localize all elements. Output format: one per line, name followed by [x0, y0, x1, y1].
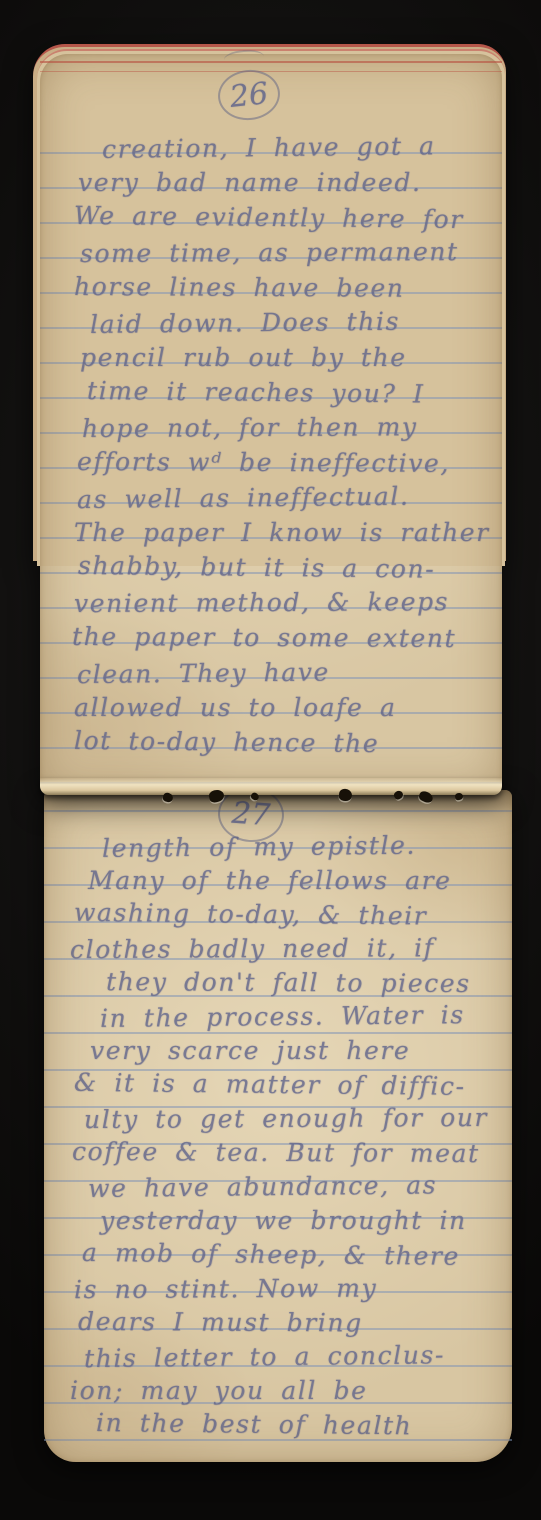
page-bottom-curl-edge: [40, 778, 502, 795]
handwriting-line: dears I must bring: [58, 1305, 508, 1341]
handwriting-line: Many of the fellows are: [58, 864, 508, 898]
handwriting-line: creation, I have got a: [54, 128, 498, 168]
handwriting-line: yesterday we brought in: [58, 1204, 508, 1238]
diary-page-27: 27 length of my epistle.Many of the fell…: [44, 790, 512, 1462]
handwriting-line: hope not, for then my: [54, 409, 498, 446]
handwriting-line: laid down. Does this: [54, 303, 498, 343]
handwriting-line: horse lines have been: [54, 269, 498, 306]
handwriting-line: & it is a matter of diffic-: [58, 1066, 508, 1105]
handwriting-line: we have abundance, as: [58, 1168, 508, 1207]
handwriting-line: some time, as permanent: [54, 234, 498, 271]
handwriting-line: allowed us to loafe a: [54, 690, 498, 725]
diary-photo: 26 creation, I have got avery bad name i…: [0, 0, 541, 1520]
handwriting-line: pencil rub out by the: [54, 340, 498, 375]
handwriting-line: very scarce just here: [58, 1034, 508, 1068]
handwriting-line: time it reaches you? I: [54, 373, 498, 413]
handwriting-line: this letter to a conclus-: [58, 1338, 508, 1377]
handwriting-line: in the process. Water is: [58, 998, 508, 1037]
red-margin-rules: [40, 61, 502, 72]
handwriting-line: a mob of sheep, & there: [58, 1236, 508, 1275]
handwriting-line: We are evidently here for: [54, 198, 498, 238]
handwriting-line: length of my epistle.: [58, 828, 508, 867]
handwriting-line: washing to-day, & their: [58, 896, 508, 935]
handwriting-line: coffee & tea. But for meat: [58, 1135, 508, 1171]
page-number-26: 26: [228, 76, 270, 115]
handwriting-line: ulty to get enough for our: [58, 1101, 508, 1137]
handwriting-line: as well as ineffectual.: [54, 478, 498, 518]
handwriting-line: very bad name indeed.: [54, 165, 498, 200]
handwriting-line: in the best of health: [58, 1406, 508, 1445]
handwriting-line: shabby, but it is a con-: [54, 548, 498, 588]
handwriting-page-26: creation, I have got avery bad name inde…: [54, 130, 498, 760]
handwriting-line: venient method, & keeps: [54, 584, 498, 621]
handwriting-line: the paper to some extent: [54, 619, 498, 656]
handwriting-line: The paper I know is rather: [54, 515, 498, 550]
handwriting-line: clean. They have: [54, 653, 498, 693]
handwriting-page-27: length of my epistle.Many of the fellows…: [58, 830, 508, 1442]
handwriting-line: ion; may you all be: [58, 1374, 508, 1408]
page-number-27: 27: [231, 796, 272, 834]
handwriting-line: lot to-day hence the: [54, 723, 498, 763]
handwriting-line: is no stint. Now my: [58, 1271, 508, 1307]
handwriting-line: clothes badly need it, if: [58, 931, 508, 967]
diary-page-26: 26 creation, I have got avery bad name i…: [40, 54, 502, 792]
handwriting-line: efforts wᵈ be ineffective,: [54, 444, 498, 481]
handwriting-line: they don't fall to pieces: [58, 965, 508, 1001]
